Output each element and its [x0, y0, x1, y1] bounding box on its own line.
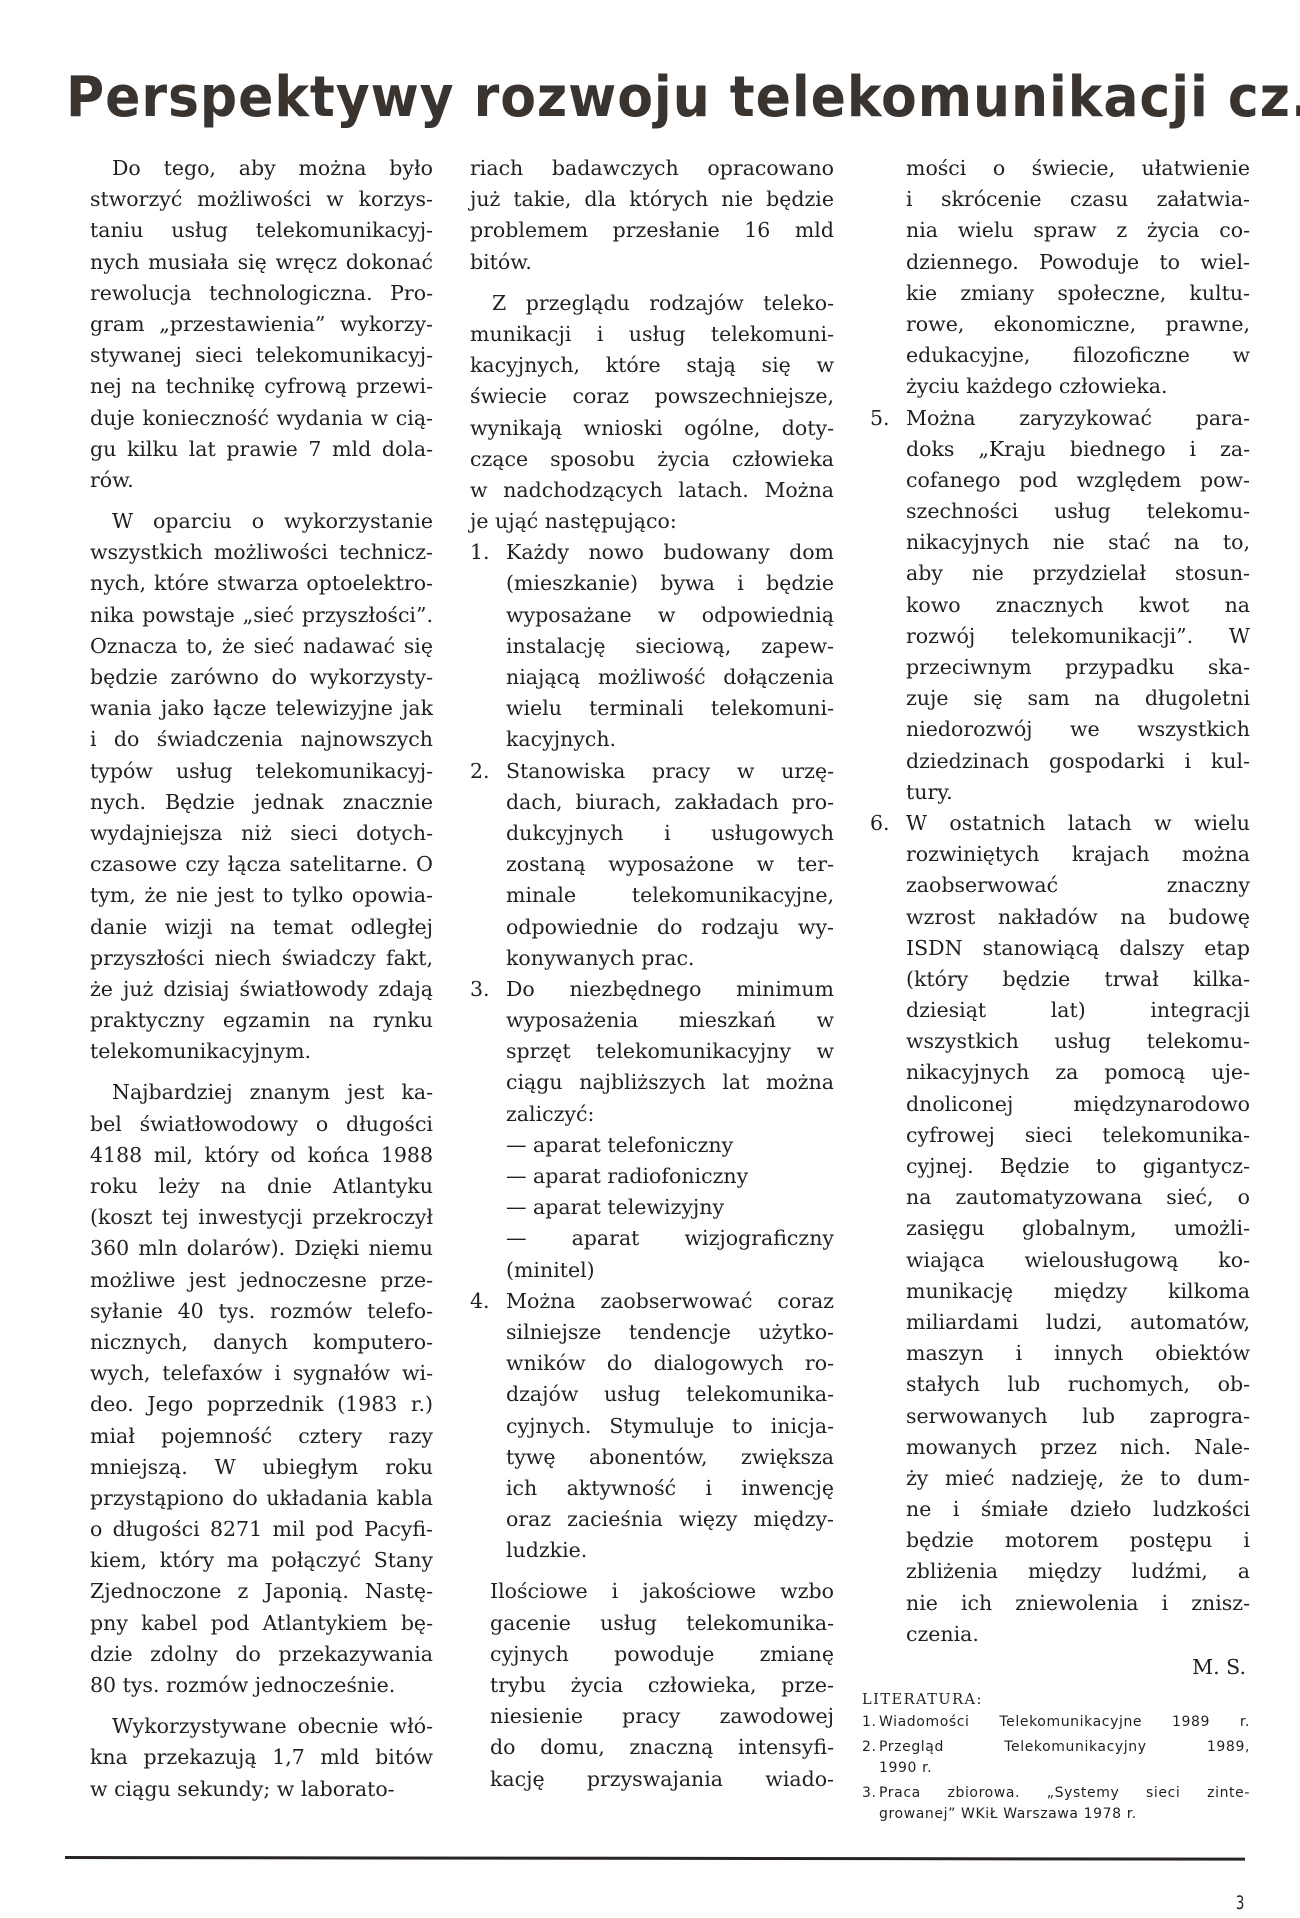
text-line: wszystkich możliwości technicz-: [90, 537, 433, 568]
text-line: ich aktywność i inwencję: [506, 1473, 834, 1504]
text-line: wiająca wielousługową ko-: [906, 1245, 1250, 1276]
text-line: że już dzisiaj światłowody zdają: [90, 974, 433, 1005]
text-line: taniu usług telekomunikacyj-: [90, 215, 433, 246]
text-line: Stanowiska pracy w urzę-: [506, 756, 834, 787]
text-line: 80 tys. rozmów jednocześnie.: [90, 1670, 433, 1701]
text-line: stałych lub ruchomych, ob-: [906, 1369, 1250, 1400]
text-line: nych. Będzie jednak znacznie: [90, 787, 433, 818]
text-line: duje konieczność wydania w cią-: [90, 403, 433, 434]
text-line: niającą możliwość dołączenia: [506, 662, 834, 693]
continued-item-text: mości o świecie, ułatwieniei skrócenie c…: [870, 153, 1250, 403]
text-line: Każdy nowo budowany dom: [506, 537, 834, 568]
text-line: czenia.: [906, 1619, 1250, 1650]
text-line: świecie coraz powszechniejsze,: [470, 381, 834, 412]
text-line: Można zaobserwować coraz: [506, 1286, 834, 1317]
text-line: pny kabel pod Atlantykiem bę-: [90, 1608, 433, 1639]
text-line: będzie zarówno do wykorzysty-: [90, 662, 433, 693]
text-line: Wykorzystywane obecnie włó-: [90, 1711, 433, 1742]
text-line: Najbardziej znanym jest ka-: [90, 1077, 433, 1108]
literature-entry: 3.Praca zbiorowa. „Systemy sieci zinte-g…: [862, 1783, 1250, 1825]
text-line: wania jako łącze telewizyjne jak: [90, 693, 433, 724]
text-line: kacyjnych, które stają się w: [470, 350, 834, 381]
text-line: problemem przesłanie 16 mld: [470, 215, 834, 246]
text-line: Praca zbiorowa. „Systemy sieci zinte-: [879, 1783, 1250, 1804]
text-line: roku leży na dnie Atlantyku: [90, 1171, 433, 1202]
text-line: dzie zdolny do przekazywania: [90, 1639, 433, 1670]
column-middle: riach badawczych opracowanojuż takie, dl…: [470, 153, 834, 1795]
text-line: kowo znacznych kwot na: [906, 590, 1250, 621]
text-line: wyposażane w odpowiednią: [506, 600, 834, 631]
text-line: ludzkie.: [506, 1535, 834, 1566]
text-line: cyjnych powoduje zmianę: [490, 1639, 834, 1670]
numbered-list-item: 4.Można zaobserwować corazsilniejsze ten…: [470, 1286, 834, 1567]
text-line: telekomunikacyjnym.: [90, 1036, 433, 1067]
paragraph-gap: [90, 1067, 433, 1077]
text-line: kacyjnych.: [506, 724, 834, 755]
text-line: cyfrowej sieci telekomunika-: [906, 1120, 1250, 1151]
text-line: 1990 r.: [879, 1758, 1250, 1779]
text-line: typów usług telekomunikacyj-: [90, 756, 433, 787]
text-line: munikacji i usług telekomuni-: [470, 319, 834, 350]
text-line: miliardami ludzi, automatów,: [906, 1307, 1250, 1338]
text-line: w ciągu sekundy; w laborato-: [90, 1774, 433, 1805]
text-line: doks „Kraju biednego i za-: [906, 434, 1250, 465]
text-line: przystąpiono do układania kabla: [90, 1483, 433, 1514]
text-line: dnoliconej międzynarodowo: [906, 1089, 1250, 1120]
text-line: kna przekazują 1,7 mld bitów: [90, 1742, 433, 1773]
text-line: ne i śmiałe dzieło ludzkości: [906, 1494, 1250, 1525]
numbered-list-item: 2.Stanowiska pracy w urzę-dach, biurach,…: [470, 756, 834, 974]
text-line: bel światłowodowy o długości: [90, 1109, 433, 1140]
text-line: zuje się sam na długoletni: [906, 683, 1250, 714]
text-line: nych, które stwarza optoelektro-: [90, 568, 433, 599]
text-line: gacenie usług telekomunika-: [490, 1608, 834, 1639]
sublist-item: — aparat telefoniczny: [506, 1130, 834, 1161]
text-line: wielu terminali telekomuni-: [506, 693, 834, 724]
text-line: gram „przestawienia” wykorzy-: [90, 309, 433, 340]
text-line: (koszt tej inwestycji przekroczył: [90, 1202, 433, 1233]
text-line: Do tego, aby można było: [90, 153, 433, 184]
text-line: danie wizji na temat odległej: [90, 912, 433, 943]
paragraph-gap: [470, 1566, 834, 1576]
text-line: czące sposobu życia człowieka: [470, 444, 834, 475]
page-number: 3: [1236, 1892, 1244, 1914]
text-line: nych musiała się wręcz dokonać: [90, 247, 433, 278]
text-line: dach, biurach, zakładach pro-: [506, 787, 834, 818]
text-line: tury.: [906, 777, 1250, 808]
sublist-item: — aparat radiofoniczny: [506, 1161, 834, 1192]
literature-entry: 2.Przegląd Telekomunikacyjny 1989,1990 r…: [862, 1737, 1250, 1779]
list-number: 2.: [470, 756, 490, 787]
sublist-item: (minitel): [506, 1255, 834, 1286]
text-line: rowe, ekonomiczne, prawne,: [906, 309, 1250, 340]
text-line: Z przeglądu rodzajów teleko-: [470, 288, 834, 319]
list-number: 6.: [870, 808, 890, 839]
text-line: zbliżenia między ludźmi, a: [906, 1556, 1250, 1587]
column-left: Do tego, aby można byłostworzyć możliwoś…: [90, 153, 433, 1805]
text-line: nicznych, danych komputero-: [90, 1327, 433, 1358]
text-line: Do niezbędnego minimum: [506, 974, 834, 1005]
text-line: instalację sieciową, zapew-: [506, 631, 834, 662]
text-line: kację przyswajania wiado-: [490, 1764, 834, 1795]
text-line: (mieszkanie) bywa i będzie: [506, 568, 834, 599]
text-line: niesienie pracy zawodowej: [490, 1701, 834, 1732]
text-line: deo. Jego poprzednik (1983 r.): [90, 1389, 433, 1420]
paragraph-gap: [90, 1701, 433, 1711]
paragraph: Najbardziej znanym jest ka-bel światłowo…: [90, 1077, 433, 1701]
text-line: w nadchodzących latach. Można: [470, 475, 834, 506]
list-number: 5.: [870, 403, 890, 434]
text-line: stywanej sieci telekomunikacyj-: [90, 340, 433, 371]
text-line: zasięgu globalnym, umożli-: [906, 1213, 1250, 1244]
text-line: dzajów usług telekomunika-: [506, 1379, 834, 1410]
text-line: rewolucja technologiczna. Pro-: [90, 278, 433, 309]
text-line: Przegląd Telekomunikacyjny 1989,: [879, 1737, 1250, 1758]
text-line: silniejsze tendencje użytko-: [506, 1317, 834, 1348]
author-signature: M. S.: [870, 1650, 1250, 1684]
text-line: maszyn i innych obiektów: [906, 1338, 1250, 1369]
text-line: życiu każdego człowieka.: [906, 371, 1250, 402]
text-line: stworzyć możliwości w korzys-: [90, 184, 433, 215]
text-line: wzrost nakładów na budowę: [906, 902, 1250, 933]
text-line: growanej” WKiŁ Warszawa 1978 r.: [879, 1804, 1250, 1825]
text-line: syłanie 40 tys. rozmów telefo-: [90, 1296, 433, 1327]
text-line: dziesiąt lat) integracji: [906, 995, 1250, 1026]
sublist-item: — aparat telewizyjny: [506, 1192, 834, 1223]
text-line: dziennego. Powoduje to wiel-: [906, 247, 1250, 278]
text-line: Można zaryzykować para-: [906, 403, 1250, 434]
text-line: o długości 8271 mil pod Pacyfi-: [90, 1514, 433, 1545]
paragraph-gap: [470, 278, 834, 288]
text-line: edukacyjne, filozoficzne w: [906, 340, 1250, 371]
text-line: nie ich zniewolenia i znisz-: [906, 1588, 1250, 1619]
text-line: możliwe jest jednoczesne prze-: [90, 1265, 433, 1296]
text-line: rozwój telekomunikacji”. W: [906, 621, 1250, 652]
text-line: Wiadomości Telekomunikacyjne 1989 r.: [879, 1712, 1250, 1733]
text-line: W oparciu o wykorzystanie: [90, 506, 433, 537]
numbered-list-item: 6.W ostatnich latach w wielurozwiniętych…: [870, 808, 1250, 1650]
text-line: riach badawczych opracowano: [470, 153, 834, 184]
footer-rule: [65, 1856, 1245, 1861]
text-line: i do świadczenia najnowszych: [90, 724, 433, 755]
paragraph: Do tego, aby można byłostworzyć możliwoś…: [90, 153, 433, 496]
text-line: mości o świecie, ułatwienie: [906, 153, 1250, 184]
text-line: ISDN stanowiącą dalszy etap: [906, 933, 1250, 964]
literature-number: 3.: [862, 1783, 877, 1804]
text-line: odpowiednie do rodzaju wy-: [506, 912, 834, 943]
text-line: konywanych prac.: [506, 943, 834, 974]
text-line: wników do dialogowych ro-: [506, 1348, 834, 1379]
text-line: bitów.: [470, 247, 834, 278]
literature-number: 1.: [862, 1712, 877, 1733]
dash-sublist: — aparat telefoniczny— aparat radiofonic…: [506, 1130, 834, 1286]
text-line: praktyczny egzamin na rynku: [90, 1005, 433, 1036]
text-line: rów.: [90, 465, 433, 496]
page-number-box: 3: [1234, 1852, 1254, 1886]
closing-paragraph: Ilościowe i jakościowe wzbogacenie usług…: [470, 1576, 834, 1794]
text-line: wyposażenia mieszkań w: [506, 1005, 834, 1036]
text-line: rozwiniętych krajach można: [906, 839, 1250, 870]
text-line: wych, telefaxów i sygnałów wi-: [90, 1358, 433, 1389]
text-line: aby nie przydzielał stosun-: [906, 558, 1250, 589]
text-line: zaobserwować znaczny: [906, 870, 1250, 901]
text-line: Oznacza to, że sieć nadawać się: [90, 631, 433, 662]
text-line: cyjnych. Stymuluje to inicja-: [506, 1411, 834, 1442]
text-line: wynikają wnioski ogólne, doty-: [470, 413, 834, 444]
text-line: na zautomatyzowana sieć, o: [906, 1182, 1250, 1213]
text-line: mowanych przez nich. Nale-: [906, 1432, 1250, 1463]
sublist-item: — aparat wizjograficzny: [506, 1223, 834, 1254]
text-line: miał pojemność cztery razy: [90, 1421, 433, 1452]
continued-paragraph: riach badawczych opracowanojuż takie, dl…: [470, 153, 834, 278]
text-line: tym, że nie jest to tylko opowia-: [90, 880, 433, 911]
text-line: dukcyjnych i usługowych: [506, 818, 834, 849]
text-line: do domu, znaczną intensyfi-: [490, 1732, 834, 1763]
text-line: wydajniejsza niż sieci dotych-: [90, 818, 433, 849]
literature-heading: LITERATURA:: [862, 1688, 1250, 1712]
text-line: nika powstaje „sieć przyszłości”.: [90, 600, 433, 631]
text-line: trybu życia człowieka, prze-: [490, 1670, 834, 1701]
text-line: kiem, który ma połączyć Stany: [90, 1545, 433, 1576]
numbered-list-item: 1.Każdy nowo budowany dom(mieszkanie) by…: [470, 537, 834, 755]
text-line: nikacyjnych nie stać na to,: [906, 527, 1250, 558]
text-line: dziedzinach gospodarki i kul-: [906, 746, 1250, 777]
numbered-list-item: 3.Do niezbędnego minimumwyposażenia mies…: [470, 974, 834, 1286]
text-line: będzie motorem postępu i: [906, 1525, 1250, 1556]
text-line: mniejszą. W ubiegłym roku: [90, 1452, 433, 1483]
text-line: gu kilku lat prawie 7 mld dola-: [90, 434, 433, 465]
text-line: nikacyjnych za pomocą uje-: [906, 1057, 1250, 1088]
text-line: serwowanych lub zaprogra-: [906, 1401, 1250, 1432]
text-line: munikację między kilkoma: [906, 1276, 1250, 1307]
column-right: mości o świecie, ułatwieniei skrócenie c…: [870, 153, 1250, 1829]
text-line: cyjnej. Będzie to gigantycz-: [906, 1151, 1250, 1182]
text-line: czasowe czy łącza satelitarne. O: [90, 849, 433, 880]
text-line: nej na technikę cyfrową przewi-: [90, 371, 433, 402]
text-line: szechności usług telekomu-: [906, 496, 1250, 527]
list-number: 3.: [470, 974, 490, 1005]
paragraph: W oparciu o wykorzystaniewszystkich możl…: [90, 506, 433, 1067]
text-line: przeciwnym przypadku ska-: [906, 652, 1250, 683]
text-line: oraz zacieśnia więzy między-: [506, 1504, 834, 1535]
text-line: tywę abonentów, zwiększa: [506, 1442, 834, 1473]
literature-entry: 1.Wiadomości Telekomunikacyjne 1989 r.: [862, 1712, 1250, 1733]
text-line: niedorozwój we wszystkich: [906, 714, 1250, 745]
text-line: zostaną wyposażone w ter-: [506, 849, 834, 880]
text-line: przyszłości niech świadczy fakt,: [90, 943, 433, 974]
text-line: je ująć następująco:: [470, 506, 834, 537]
text-line: ciągu najbliższych lat można: [506, 1067, 834, 1098]
text-line: 360 mln dolarów). Dzięki niemu: [90, 1233, 433, 1264]
text-line: ży mieć nadzieję, że to dum-: [906, 1463, 1250, 1494]
text-line: wszystkich usług telekomu-: [906, 1026, 1250, 1057]
literature-number: 2.: [862, 1737, 877, 1758]
text-line: W ostatnich latach w wielu: [906, 808, 1250, 839]
text-line: cofanego pod względem pow-: [906, 465, 1250, 496]
text-line: Zjednoczone z Japonią. Nastę-: [90, 1576, 433, 1607]
text-line: (który będzie trwał kilka-: [906, 964, 1250, 995]
text-line: Ilościowe i jakościowe wzbo: [490, 1576, 834, 1607]
lead-paragraph: Z przeglądu rodzajów teleko-munikacji i …: [470, 288, 834, 538]
text-line: nia wielu spraw z życia co-: [906, 215, 1250, 246]
list-number: 1.: [470, 537, 490, 568]
text-line: sprzęt telekomunikacyjny w: [506, 1036, 834, 1067]
numbered-list-item: 5.Można zaryzykować para-doks „Kraju bie…: [870, 403, 1250, 808]
article-title: Perspektywy rozwoju telekomunikacji cz. …: [66, 58, 1173, 138]
text-line: minale telekomunikacyjne,: [506, 880, 834, 911]
paragraph: Wykorzystywane obecnie włó-kna przekazuj…: [90, 1711, 433, 1805]
text-line: już takie, dla których nie będzie: [470, 184, 834, 215]
text-line: kie zmiany społeczne, kultu-: [906, 278, 1250, 309]
list-number: 4.: [470, 1286, 490, 1317]
text-line: zaliczyć:: [506, 1099, 834, 1130]
paragraph-gap: [90, 496, 433, 506]
text-line: 4188 mil, który od końca 1988: [90, 1140, 433, 1171]
text-line: i skrócenie czasu załatwia-: [906, 184, 1250, 215]
